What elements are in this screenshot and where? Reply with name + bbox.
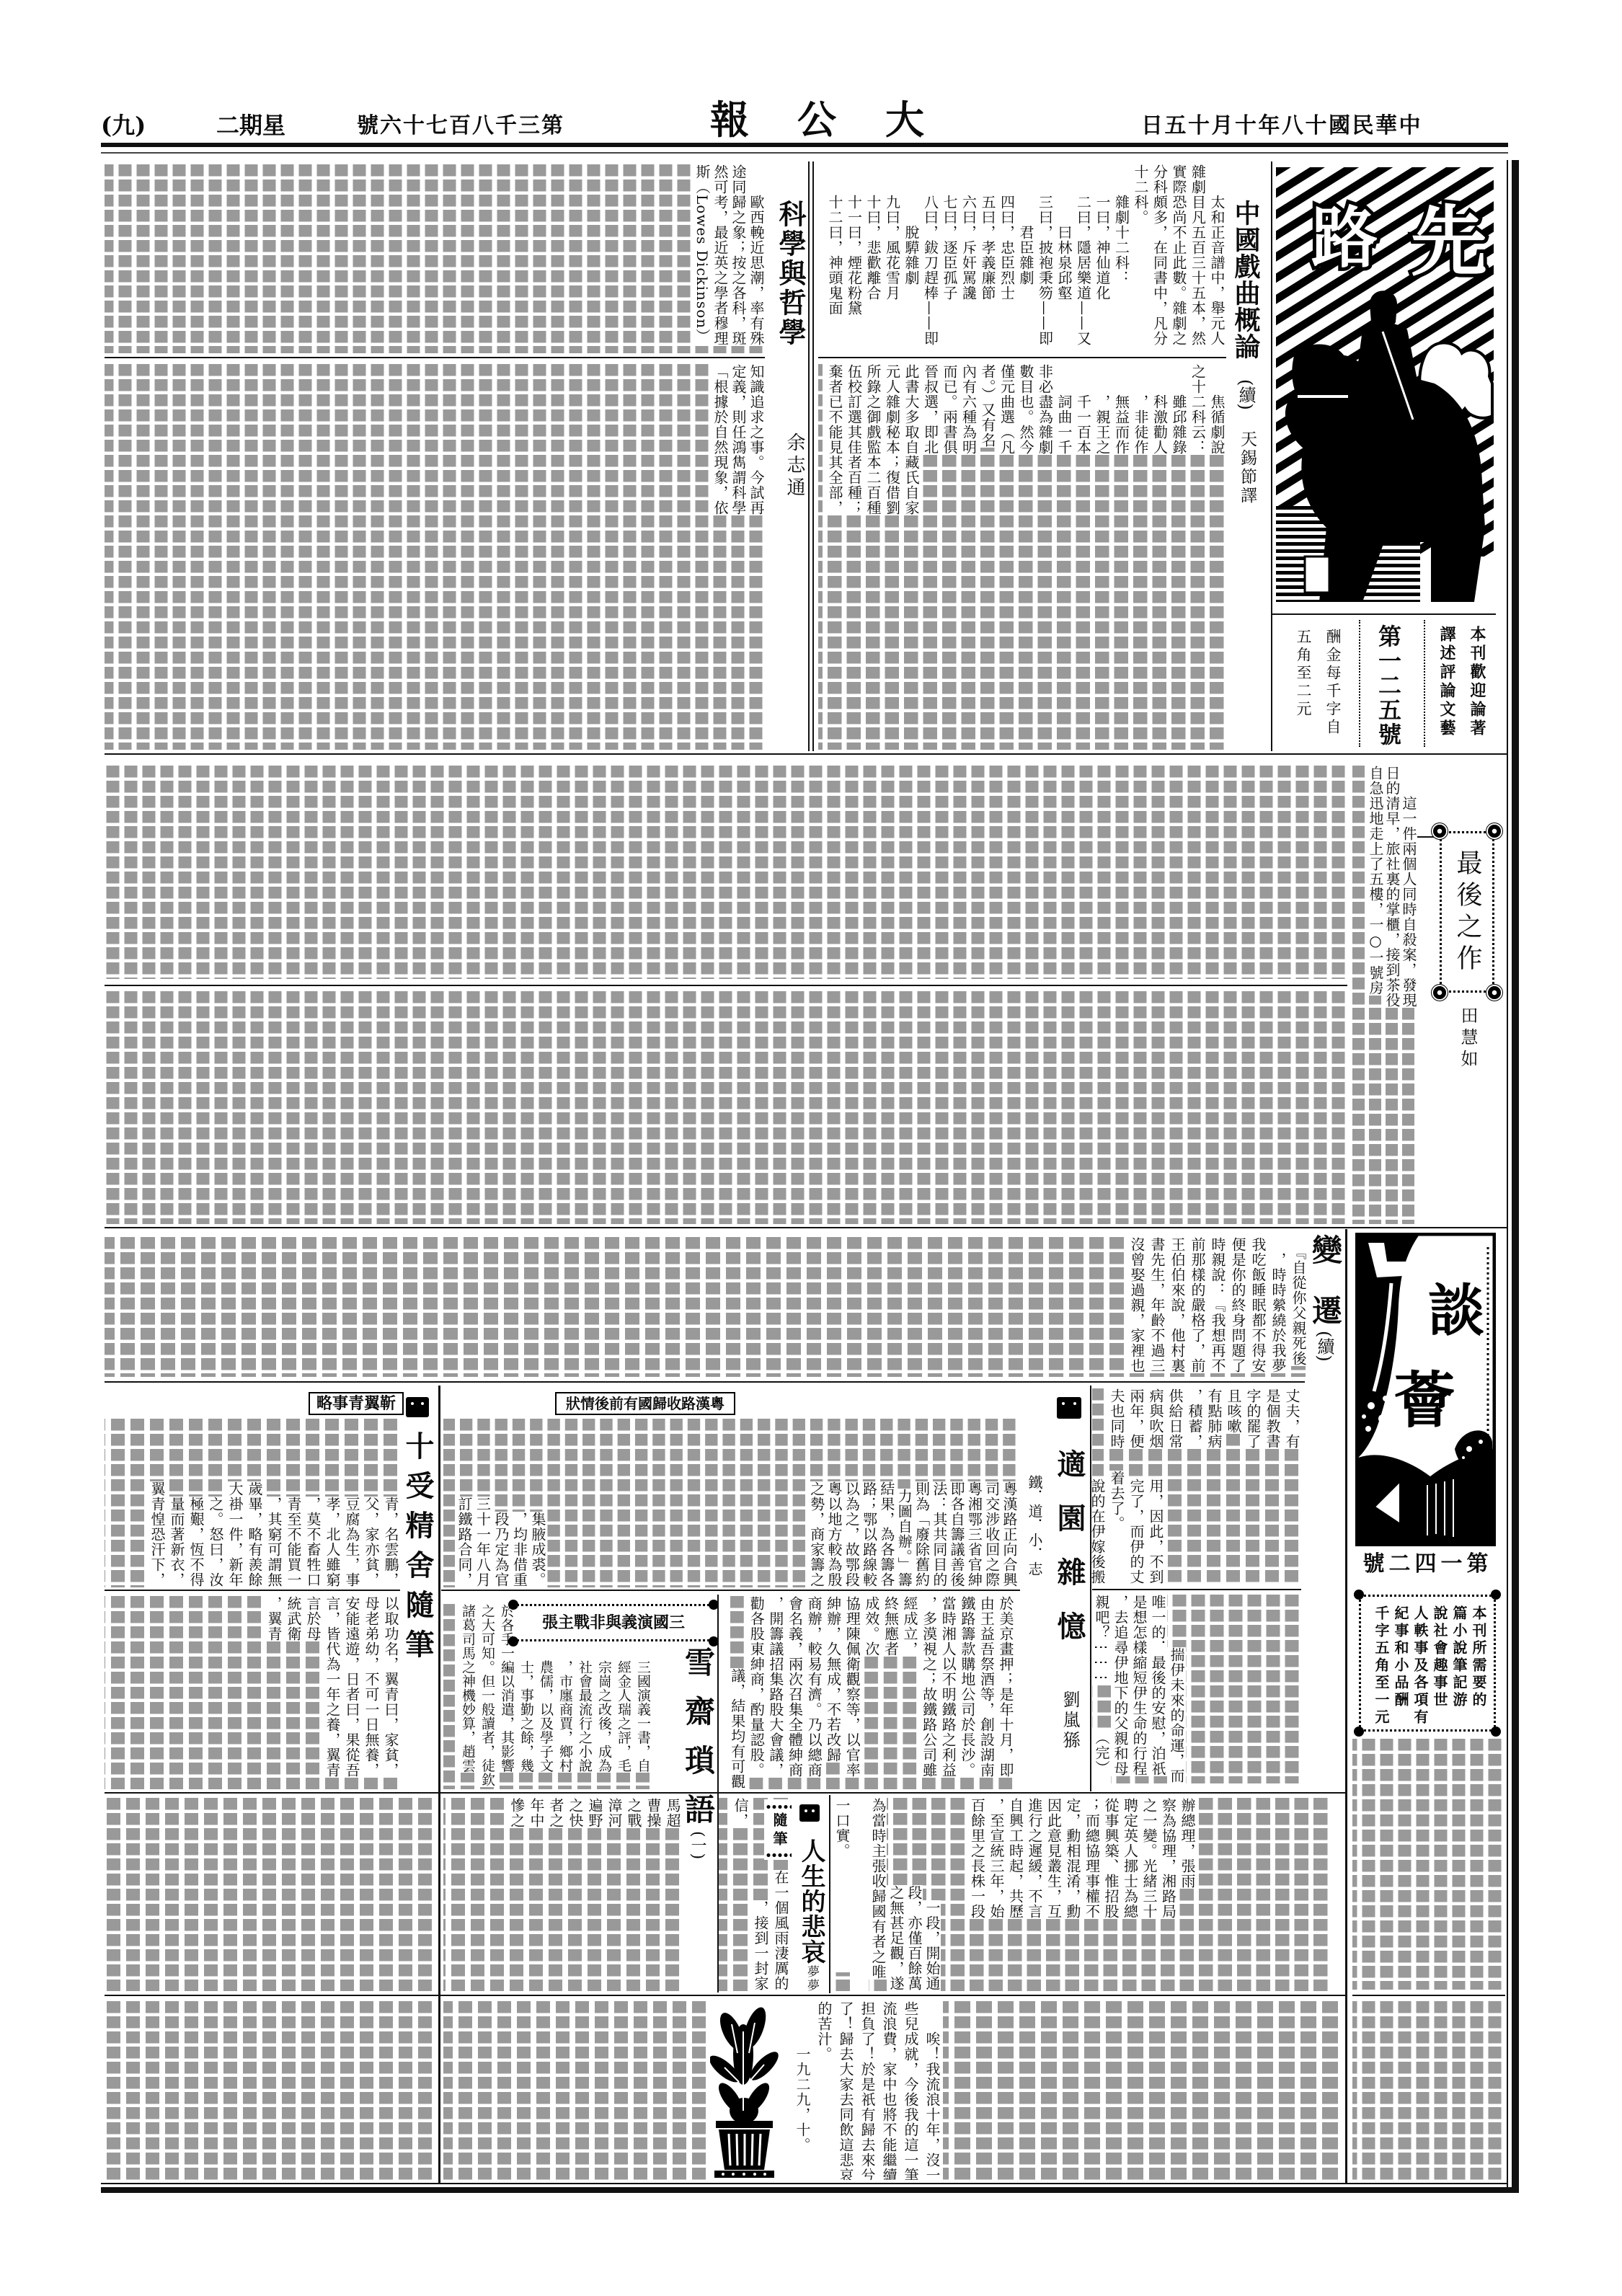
column-text: 而已。兩書俱 [940,364,960,455]
column-text: 日的清早，旅社裏的掌櫃，接到茶役 [1383,766,1400,1008]
column-text-tail: ，其窮可謂無 [264,1497,283,1587]
column-text: 會名義，兩次召集全體紳商 [785,1596,805,1778]
text-column: 之快 [565,1798,585,1991]
column-text: 然可考，最近英之學者穆理 [711,164,729,346]
text-column: 以取功名，翼青曰，家貧， [381,1596,400,1789]
column-text: ，時時縈繞於我夢 [1268,1237,1288,1373]
text-column: 病與吹烟用，因此，不到 [1145,1388,1165,1584]
column-text: 了！歸去大家去同飲這悲哀 [835,2001,856,2180]
text-column [851,1798,869,1991]
text-column: ，親王之 [1093,364,1112,750]
column-text: 太和正音譜中，舉元人 [1207,164,1227,346]
column-text-tail: 訂鐵路合同， [455,1497,474,1587]
text-column: 八曰，鈸刀趕棒——即 [921,164,940,353]
text-column: 慘之 [507,1798,526,1991]
text-column: 王伯伯來說，他村裏 [1167,1237,1187,1377]
text-column: 是想怎樣縮短伊生命的行程 [1130,1595,1148,1783]
column-text: 經成立， [900,1596,919,1657]
text-column: 青，名雲鵬， [381,1419,400,1587]
column-text: 安能遠遊，日者曰，果從吾 [342,1596,361,1778]
column-text: 且咳嗽 [1223,1388,1243,1434]
text-column: ，多漠視之；故鐵路公司雖 [919,1596,939,1789]
column-text: 知識追求之事。今試再 [747,364,765,515]
text-column: 且咳嗽 [1223,1388,1243,1584]
text-column: 粵漢路正向合興 [1001,1419,1018,1587]
text-column: 時親說：『我想再不 [1207,1237,1228,1377]
text-column: 辦總理，張雨 [1178,1798,1197,1991]
column-text: 漳河 [604,1798,624,1828]
column-text-tail: 以為之，故鄂段 [843,1481,860,1587]
tier-divider [1092,1589,1301,1590]
text-column: 親吧？⋮⋮⋮（完） [1092,1595,1111,1783]
masthead-char-da: 大 [885,98,924,141]
text-column: 十曰，悲歡離合 [864,164,883,353]
text-column: 百餘里之長株一段 [967,1798,987,1991]
text-column: 者。）又有名 [978,364,998,750]
column-text-tail: 之。怒曰，汝 [205,1497,225,1587]
column-rule [438,1386,440,2183]
column-text: 遍野 [585,1798,604,1828]
text-column: 說社會趣事世 [1430,1605,1449,1728]
column-text-tail: 極艱，恆不得 [186,1497,205,1587]
column-text: 因此意見叢生，互 [1044,1798,1063,1919]
column-text-tail: 用，因此，不到 [1145,1479,1165,1584]
text-column: 而已。兩書俱 [940,364,960,750]
text-column: 大褂一件，新年 [225,1419,244,1587]
column-text: 僅元曲選（凡 [997,364,1016,455]
column-text: 五曰，孝義廉節 [978,164,998,301]
text-column: 以為之，故鄂段 [843,1419,860,1587]
dotted-separator [1424,620,1425,747]
text-column: ，積蓄， [1184,1388,1204,1584]
column-text: 商辦，較易有濟。乃以總商 [804,1596,823,1778]
column-text: 三曰，披袍秉笏——即 [1035,164,1055,346]
text-column: 兩年，便完了，而伊的丈 [1126,1388,1145,1584]
tier-divider [105,1590,400,1591]
text-column: 會名義，兩次召集全體紳商 [785,1596,805,1789]
part-number: (一) [687,1831,707,1859]
text-column: 年中 [526,1798,546,1991]
column-text: 前那樣的嚴格了，前 [1187,1237,1207,1373]
article-text-area [1352,1739,1504,1990]
text-column: 七曰，逐臣孤子 [940,164,960,353]
column-text-tail: 揣伊未來的命運，而 [1167,1647,1186,1783]
page-number: (九) [101,111,146,140]
text-column: 六曰，斥奸罵讒 [959,164,978,353]
banner-char: 先 [1411,198,1487,286]
text-column: 「根據於自然現象，依 [711,364,729,750]
article-title: 雪齋瑣語 [681,1646,714,1843]
column-text: 担負了！於是祇有歸去來兮 [856,2001,878,2180]
page-border-thick [1512,160,1519,2193]
text-column: 十一曰，煙花粉黛 [844,164,864,353]
column-text: 鐵路籌款購地公司於長沙。 [957,1596,977,1778]
column-text: 終無應者 [881,1596,900,1657]
column-text: 於美京畫押；是年十月，即 [996,1596,1015,1778]
text-column: 十二曰，神頭鬼面 [825,164,845,353]
text-column: 『自從你父親死後 [1288,1237,1308,1377]
column-text: 『自從你父親死後 [1288,1237,1308,1366]
column-text: 詞曲一千 [1055,364,1074,455]
text-column: 集腋成裘。 [528,1419,547,1587]
corner-dot-icon [1354,1590,1364,1600]
text-columns: 焦循劇說之十二科云： 雖邱雜錄 科激勸人 ，非徒作 無益而作 ，親王之 千一百本… [825,364,1227,750]
text-column: 歲畢，略有羨餘 [244,1419,264,1587]
text-column: 歐西輓近思潮，率有殊 [747,164,765,353]
banner-char: 路 [1311,200,1378,277]
column-text: 一曰，神仙道化 [1093,164,1112,301]
text-column: 之。怒曰，汝 [205,1419,225,1587]
corner-dot-icon [1491,1590,1501,1600]
notice-box-top-rule [1272,613,1496,615]
section-marker-icon [406,1397,429,1417]
masthead-rule-thin [101,152,1508,154]
text-column: 極艱，恆不得 [186,1419,205,1587]
column-text-tail: 量而著新衣， [167,1497,186,1587]
text-column: 一口實。 [833,1798,851,1991]
banner-char: 談 [1428,1279,1484,1344]
text-column: 父，家亦貧， [361,1419,381,1587]
column-text: ，非徒作 [1131,364,1151,455]
title-box: 最後之作 [1440,831,1494,993]
text-column: 段，亦僅百餘萬 [905,1798,923,1991]
column-text: 十二科。 [1131,164,1151,225]
column-text: ，親王之 [1093,364,1112,455]
column-text: 雜劇目凡五百三十五本，然 [1188,164,1207,346]
text-column: 太和正音譜中，舉元人 [1207,164,1227,353]
column-text: 兩年，便 [1126,1388,1145,1449]
text-column: 這一件兩個人同時自殺案，發現 [1400,766,1417,1224]
column-text-tail: 力圖自辦。」籌 [895,1489,913,1587]
text-column: 曹操 [643,1798,662,1991]
column-text: 無益而作 [1112,364,1131,455]
payment-notice-line: 酬金每千字自 [1324,629,1342,737]
column-text: 數目也。然今 [1016,364,1036,455]
weekday: 星期二 [216,111,285,140]
column-text-tail: ，莫不畜牲口 [303,1497,322,1587]
column-text: 分科頗多，在同書中，凡分 [1150,164,1169,346]
column-text-tail: 則為「廢除舊約 [913,1481,930,1587]
text-column: 些兒成就，今後我的這一筆 [900,2001,921,2180]
column-text: 馬超 [662,1798,682,1828]
text-column: 言，皆代為一年之養，翼青 [322,1596,342,1789]
article-text-area [1352,2001,1504,2180]
column-text: 定，勳相混淆，勳 [1063,1798,1083,1919]
column-text-tail: 在一個風雨淒厲的 [771,1870,791,1991]
tier-divider [441,1590,1020,1591]
continued-mark: (續) [1313,1331,1335,1362]
column-text: 成效。次 [861,1596,881,1657]
column-text: 二曰，隱居樂道——又 [1073,164,1093,346]
text-column: 非必盡為雜劇 [1035,364,1055,750]
text-columns: 馬超曹操之戰漳河遍野之快者之年中慘之 [507,1798,682,1991]
column-text: ，至宣統三年，始 [987,1798,1006,1919]
column-text: 元人雜劇秘本；復借劉 [882,364,902,515]
column-text: ，翼青 [264,1596,283,1641]
tier-divider [105,985,1347,986]
text-column: ，去追尋伊地下的父親和母 [1111,1595,1130,1783]
text-column: 當時湘人以不明鐵路之利益 [939,1596,958,1789]
article-title: 適園雜憶 [1053,1449,1085,1665]
column-text: 百餘里之長株一段 [967,1798,987,1919]
text-column: 漳河 [604,1798,624,1991]
column-text: 十二曰，神頭鬼面 [825,164,845,316]
column-text: ，積蓄， [1184,1388,1204,1449]
text-column: 司交涉收回之際 [983,1419,1000,1587]
column-text: 母老弟幼，不可一日無養， [361,1596,381,1778]
article-text-area [105,164,765,353]
column-text: 非必盡為雜劇 [1035,364,1055,455]
tier-divider [105,1792,1345,1794]
page-border-thin [1507,160,1508,2193]
text-column: 母老弟幼，不可一日無養， [361,1596,381,1789]
text-columns: 揣伊未來的命運，而唯一的．最後的安慰，泊祇是想怎樣縮短伊生命的行程，去追尋伊地下… [1092,1595,1186,1783]
text-column: 之大可知。但一般讀者，徒欽 [477,1604,497,1789]
text-column: 由王益吾祭酒等，創設湖南 [977,1596,996,1789]
column-text-tail: 路；鄂以路線較 [860,1481,877,1587]
text-column: 實際恐尚不止此數。雜劇之 [1169,164,1189,353]
column-text: 雖邱雜錄 [1169,364,1189,455]
column-text: 九曰，風花雪月 [882,164,902,301]
column-text: 是想怎樣縮短伊生命的行程 [1130,1595,1148,1776]
text-column: 議，結果均有可觀 [727,1596,747,1789]
column-text: 年中 [526,1798,546,1828]
text-column: 協理陳佩衛觀察等，以官率 [843,1596,862,1789]
text-column: 言於母 [303,1596,322,1789]
text-columns: 一段，開始通段，亦僅百餘萬之無甚足觀，遂為當時主張收歸國有者之唯一口實。 [833,1798,941,1991]
text-column: 之無甚足觀，遂 [887,1798,905,1991]
column-text: 有點肺病 [1204,1388,1223,1449]
text-column: 前那樣的嚴格了，前 [1187,1237,1207,1377]
article-author: 余志通 [784,433,805,500]
text-column: 三十一年八月 [473,1419,492,1587]
column-text: 紀事和小品酬 [1391,1605,1410,1709]
column-text-tail: 段乃定為官 [492,1512,510,1587]
column-text: 曰林泉邱壑 [1055,164,1074,301]
column-text: 之戰 [624,1798,643,1828]
gear-ornament-icon [1433,825,1446,838]
text-column: 成效。次 [861,1596,881,1789]
text-column: 字的罷了 [1243,1388,1262,1584]
column-rule [1090,1386,1091,1791]
column-text: 十曰，悲歡離合 [864,164,883,301]
column-text-tail: 歲畢，略有羨餘 [244,1481,264,1587]
text-columns: 歐西輓近思潮，率有殊途同歸之象；按之各科，斑然可考，最近英之學者穆理斯（Lowe… [693,164,765,353]
text-column: 書先生，年齡不過三 [1147,1237,1167,1377]
column-text-tail: 議，結果均有可觀 [727,1668,747,1789]
text-column: ，開籌議招集路股大會議， [766,1596,785,1789]
text-column: 紳辦，久無成，不若改歸 [823,1596,843,1789]
text-column: 我吃飯睡眠都不得安 [1248,1237,1268,1377]
text-column: 安能遠遊，日者曰，果從吾 [342,1596,361,1789]
text-column: 粵以地方較為殷 [825,1419,843,1587]
column-rule [1345,1229,1347,2183]
text-column: 元人雜劇秘本；復借劉 [882,364,902,750]
column-rule [829,1795,830,1993]
text-column: 定，勳相混淆，勳 [1063,1798,1083,1991]
column-text: 晉叔選，即北 [921,364,940,455]
column-text: 紳辦，久無成，不若改歸 [823,1596,843,1763]
column-text: 王伯伯來說，他村裏 [1167,1237,1187,1373]
article-text-area [105,2001,435,2180]
column-text: 唯一的．最後的安慰，泊祇 [1148,1595,1167,1776]
text-column: 便是你的終身問題了 [1228,1237,1248,1377]
text-column: 夫也同時着去了。 [1107,1388,1126,1584]
text-column: 唉！我流浪十年，沒一 [921,2001,943,2180]
text-column: 因此意見叢生，互 [1044,1798,1063,1991]
text-column: 千一百本 [1073,364,1093,750]
text-column: 九曰，風花雪月 [882,164,902,353]
text-column: 四曰，忠臣烈士 [997,164,1016,353]
column-text: 些兒成就，今後我的這一筆 [900,2001,921,2180]
article-title: 科學與哲學 [774,200,806,347]
text-column: 的苦汁。 [813,2001,835,2180]
text-column: 信， [730,1798,750,1991]
text-columns: 辦總理，張雨察為協理，湘路局之一變。光緒三十聘定英人挪士為總從事興築、惟招股；而… [967,1798,1197,1991]
text-columns: 知識追求之事。今試再定義，則任鴻雋謂科學「根據於自然現象，依 [711,364,765,750]
text-column: 鐵路籌款購地公司於長沙。 [957,1596,977,1789]
column-text: 自興工時起，共歷 [1006,1798,1025,1919]
text-column: 則為「廢除舊約 [913,1419,930,1587]
text-column: 十二科。 [1131,164,1151,353]
text-column: 進行之遲緩，不言 [1025,1798,1045,1991]
column-text: 勸各股東紳商，酌量認股。 [747,1596,766,1778]
article-title: 人生的悲哀 [797,1838,825,1964]
text-column: 遍野 [585,1798,604,1991]
newspaper-page: (九) 星期二 第三千八百七十六號 大 公 報 中華民國十八年十月十五日 歐西輓… [0,0,1622,2296]
text-columns: 粵漢路正向合興司交涉收回之際粵湘鄂三省官紳即各自籌議善後法：其共同目的則為「廢除… [807,1419,1018,1587]
column-text: 千字五角至一元 [1371,1605,1391,1727]
text-columns: 丈夫，有是個教書字的罷了且咳嗽有點肺病，積蓄，供給日常病與吹烟用，因此，不到兩年… [1087,1388,1301,1584]
text-column: 即各自籌議善後 [948,1419,965,1587]
column-text: 棄者已不能見其全部， [825,364,845,515]
xianlu-woodcut-illustration: 先 路 [1276,167,1494,602]
publication-date: 中華民國十八年十月十五日 [1141,112,1422,140]
column-text: 曹操 [643,1798,662,1828]
text-column: 一曰，神仙道化 [1093,164,1112,353]
column-text-tail: 粵湘鄂三省官紳 [965,1481,983,1587]
column-text: 我吃飯睡眠都不得安 [1248,1237,1268,1373]
column-text: 焦循劇說 [1207,364,1227,455]
column-text-tail: 父，家亦貧， [361,1497,381,1587]
column-text-tail: 司交涉收回之際 [983,1481,1000,1587]
article-text-area [443,2001,709,2180]
column-text: 君臣雜劇 [1016,164,1036,285]
text-column: 人軼事及各項有 [1410,1605,1430,1728]
article-text-area [105,991,1347,1224]
column-text: 之十二科云： [1188,364,1207,455]
flower-pot-ornament [710,2003,779,2179]
column-text-tail: ，均非借重 [510,1512,528,1587]
text-column: 此書大多取自藏氏自家 [902,364,921,750]
article-author: 夢夢 [804,1965,820,1993]
column-text: ，開籌議招集路股大會議， [766,1596,785,1778]
column-text-tail: 着去了。 [1107,1471,1126,1584]
subhead-box: 粵漢路收歸國有前後情狀 [555,1392,735,1415]
banner-char: 薈 [1394,1365,1455,1436]
column-text: 時親說：『我想再不 [1207,1237,1228,1373]
column-rule [1271,161,1272,751]
tier-divider [818,357,1226,358]
submission-notice-line: 譯述評論文藝 [1437,626,1456,738]
column-text: 八曰，鈸刀趕棒——即 [921,164,940,346]
column-text-tail: 集腋成裘。 [528,1512,547,1587]
column-text: 雜劇十二科： [1112,164,1131,285]
text-column: ，均非借重 [510,1419,528,1587]
article-text-area [943,2001,1341,2180]
column-text: 夫也同時 [1107,1388,1126,1449]
column-text: 人軼事及各項有 [1410,1605,1430,1727]
series-label: 鐵．道．小．志 [1027,1475,1042,1576]
text-column: ，時時縈繞於我夢 [1268,1237,1288,1377]
text-column: 勸各股東紳商，酌量認股。 [747,1596,766,1789]
text-columns: 太和正音譜中，舉元人雜劇目凡五百三十五本，然實際恐尚不止此數。雜劇之分科頗多，在… [825,164,1227,353]
text-column: ，翼青 [264,1596,283,1789]
gear-ornament-icon [1488,825,1501,838]
text-column: 君臣雜劇 [1016,164,1036,353]
text-column: 僅元曲選（凡 [997,364,1016,750]
text-column: 統武衛 [283,1596,303,1789]
payment-notice-line: 五角至二元 [1294,629,1312,719]
article-author: 劉嵐猻 [1060,1690,1080,1751]
column-text: 聘定英人挪士為總 [1120,1798,1140,1919]
text-columns: 青，名雲鵬，父，家亦貧，豆腐為生，事孝，北人雖窮，莫不畜牲口青至不能買一，其窮可… [147,1419,400,1587]
text-column: 五曰，孝義廉節 [978,164,998,353]
text-column: 定義，則任鴻雋謂科學 [729,364,747,750]
column-text: 唉！我流浪十年，沒一 [921,2001,943,2180]
column-text-tail: 大褂一件，新年 [225,1481,244,1587]
column-text: 內有六種為明 [959,364,978,455]
text-columns: 集腋成裘。，均非借重段乃定為官三十一年八月訂鐵路合同， [455,1419,547,1587]
column-text: 實際恐尚不止此數。雜劇之 [1169,164,1189,346]
text-column: 之勢，商家籌之 [807,1419,825,1587]
text-column: 之一變。光緒三十 [1140,1798,1159,1991]
tier-divider [1352,1995,1505,1996]
column-text: 協理陳佩衛觀察等，以官率 [843,1596,862,1778]
column-text: 一口實。 [833,1798,851,1972]
column-text: 的苦汁。 [813,2001,835,2062]
column-text: 者之 [546,1798,565,1828]
text-column: 量而著新衣， [167,1419,186,1587]
column-text-tail: 之無甚足觀，遂 [887,1885,905,1991]
text-column: 二曰，隱居樂道——又 [1073,164,1093,353]
text-columns: 『自從你父親死後 ，時時縈繞於我夢我吃飯睡眠都不得安便是你的終身問題了時親說：『… [1127,1237,1308,1377]
column-text: 慘之 [507,1798,526,1828]
text-column: 青至不能買一 [283,1419,303,1587]
text-column: 結果，為各籌各 [878,1419,895,1587]
article-text-area [105,766,1347,979]
continued-mark: (續) [1235,379,1257,410]
text-column: 一段，開始通 [923,1798,941,1991]
corner-dot-icon [508,1636,518,1646]
text-column: 訂鐵路合同， [455,1419,474,1587]
column-text: 言，皆代為一年之養，翼青 [322,1596,342,1778]
column-text: 千一百本 [1073,364,1093,455]
text-column: 棄者已不能見其全部， [825,364,845,750]
text-column: 伍校訂選其佳者百種； [844,364,864,750]
text-column: 商辦，較易有濟。乃以總商 [804,1596,823,1789]
column-text: 脫騲雜劇 [902,164,921,285]
tanhui-woodcut-illustration: 談 薈 [1355,1233,1496,1546]
text-column: 了！歸去大家去同飲這悲哀 [835,2001,856,2180]
column-text: 本刊所需要的 [1468,1605,1488,1709]
text-column: 雜劇目凡五百三十五本，然 [1188,164,1207,353]
text-column: 供給日常 [1165,1388,1184,1584]
subhead-box: 靳翼青事略 [309,1392,404,1415]
text-column: 千字五角至一元 [1371,1605,1391,1728]
column-text: 這一件兩個人同時自殺案，發現 [1400,766,1417,1008]
text-column: 本刊所需要的 [1468,1605,1488,1728]
